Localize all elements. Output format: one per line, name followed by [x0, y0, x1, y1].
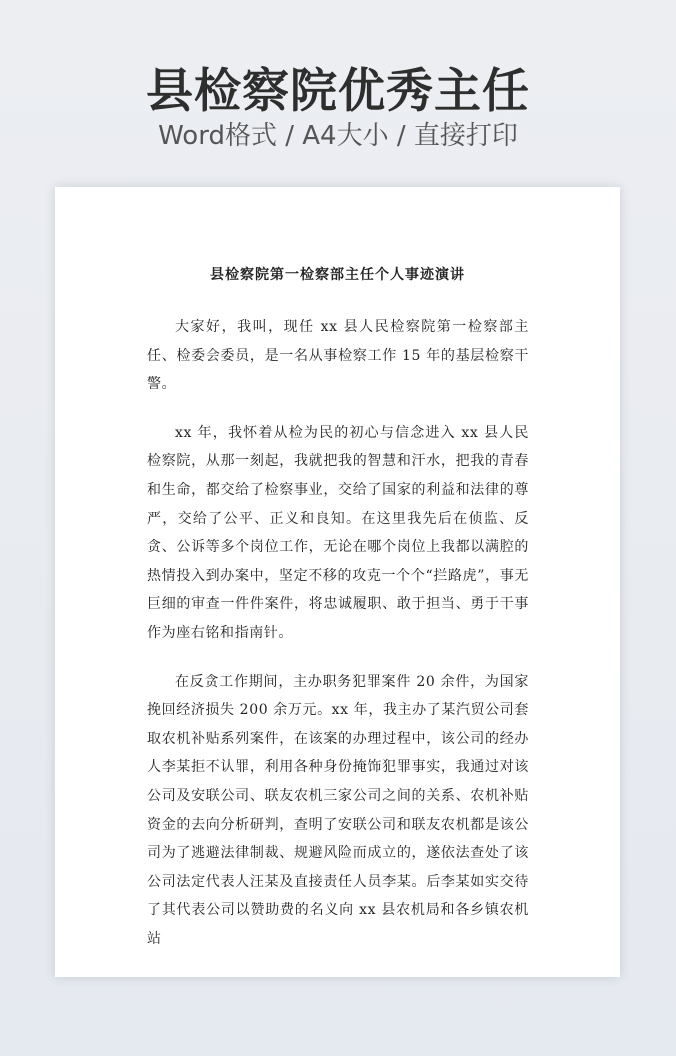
document-title: 县检察院第一检察部主任个人事迹演讲 — [55, 265, 620, 285]
paragraph-intro: 大家好，我叫，现任 xx 县人民检察院第一检察部主任、检委会委员，是一名从事检察… — [147, 313, 529, 399]
banner-title: 县检察院优秀主任 — [0, 62, 676, 122]
banner-subtitle: Word格式 / A4大小 / 直接打印 — [0, 118, 676, 154]
document-body: 大家好，我叫，现任 xx 县人民检察院第一检察部主任、检委会委员，是一名从事检察… — [147, 313, 529, 973]
paragraph-career: xx 年，我怀着从检为民的初心与信念进入 xx 县人民检察院，从那一刻起，我就把… — [147, 419, 529, 648]
paragraph-anticorruption: 在反贪工作期间，主办职务犯罪案件 20 余件，为国家挽回经济损失 200 余万元… — [147, 668, 529, 954]
document-page: 县检察院第一检察部主任个人事迹演讲 大家好，我叫，现任 xx 县人民检察院第一检… — [55, 187, 620, 977]
